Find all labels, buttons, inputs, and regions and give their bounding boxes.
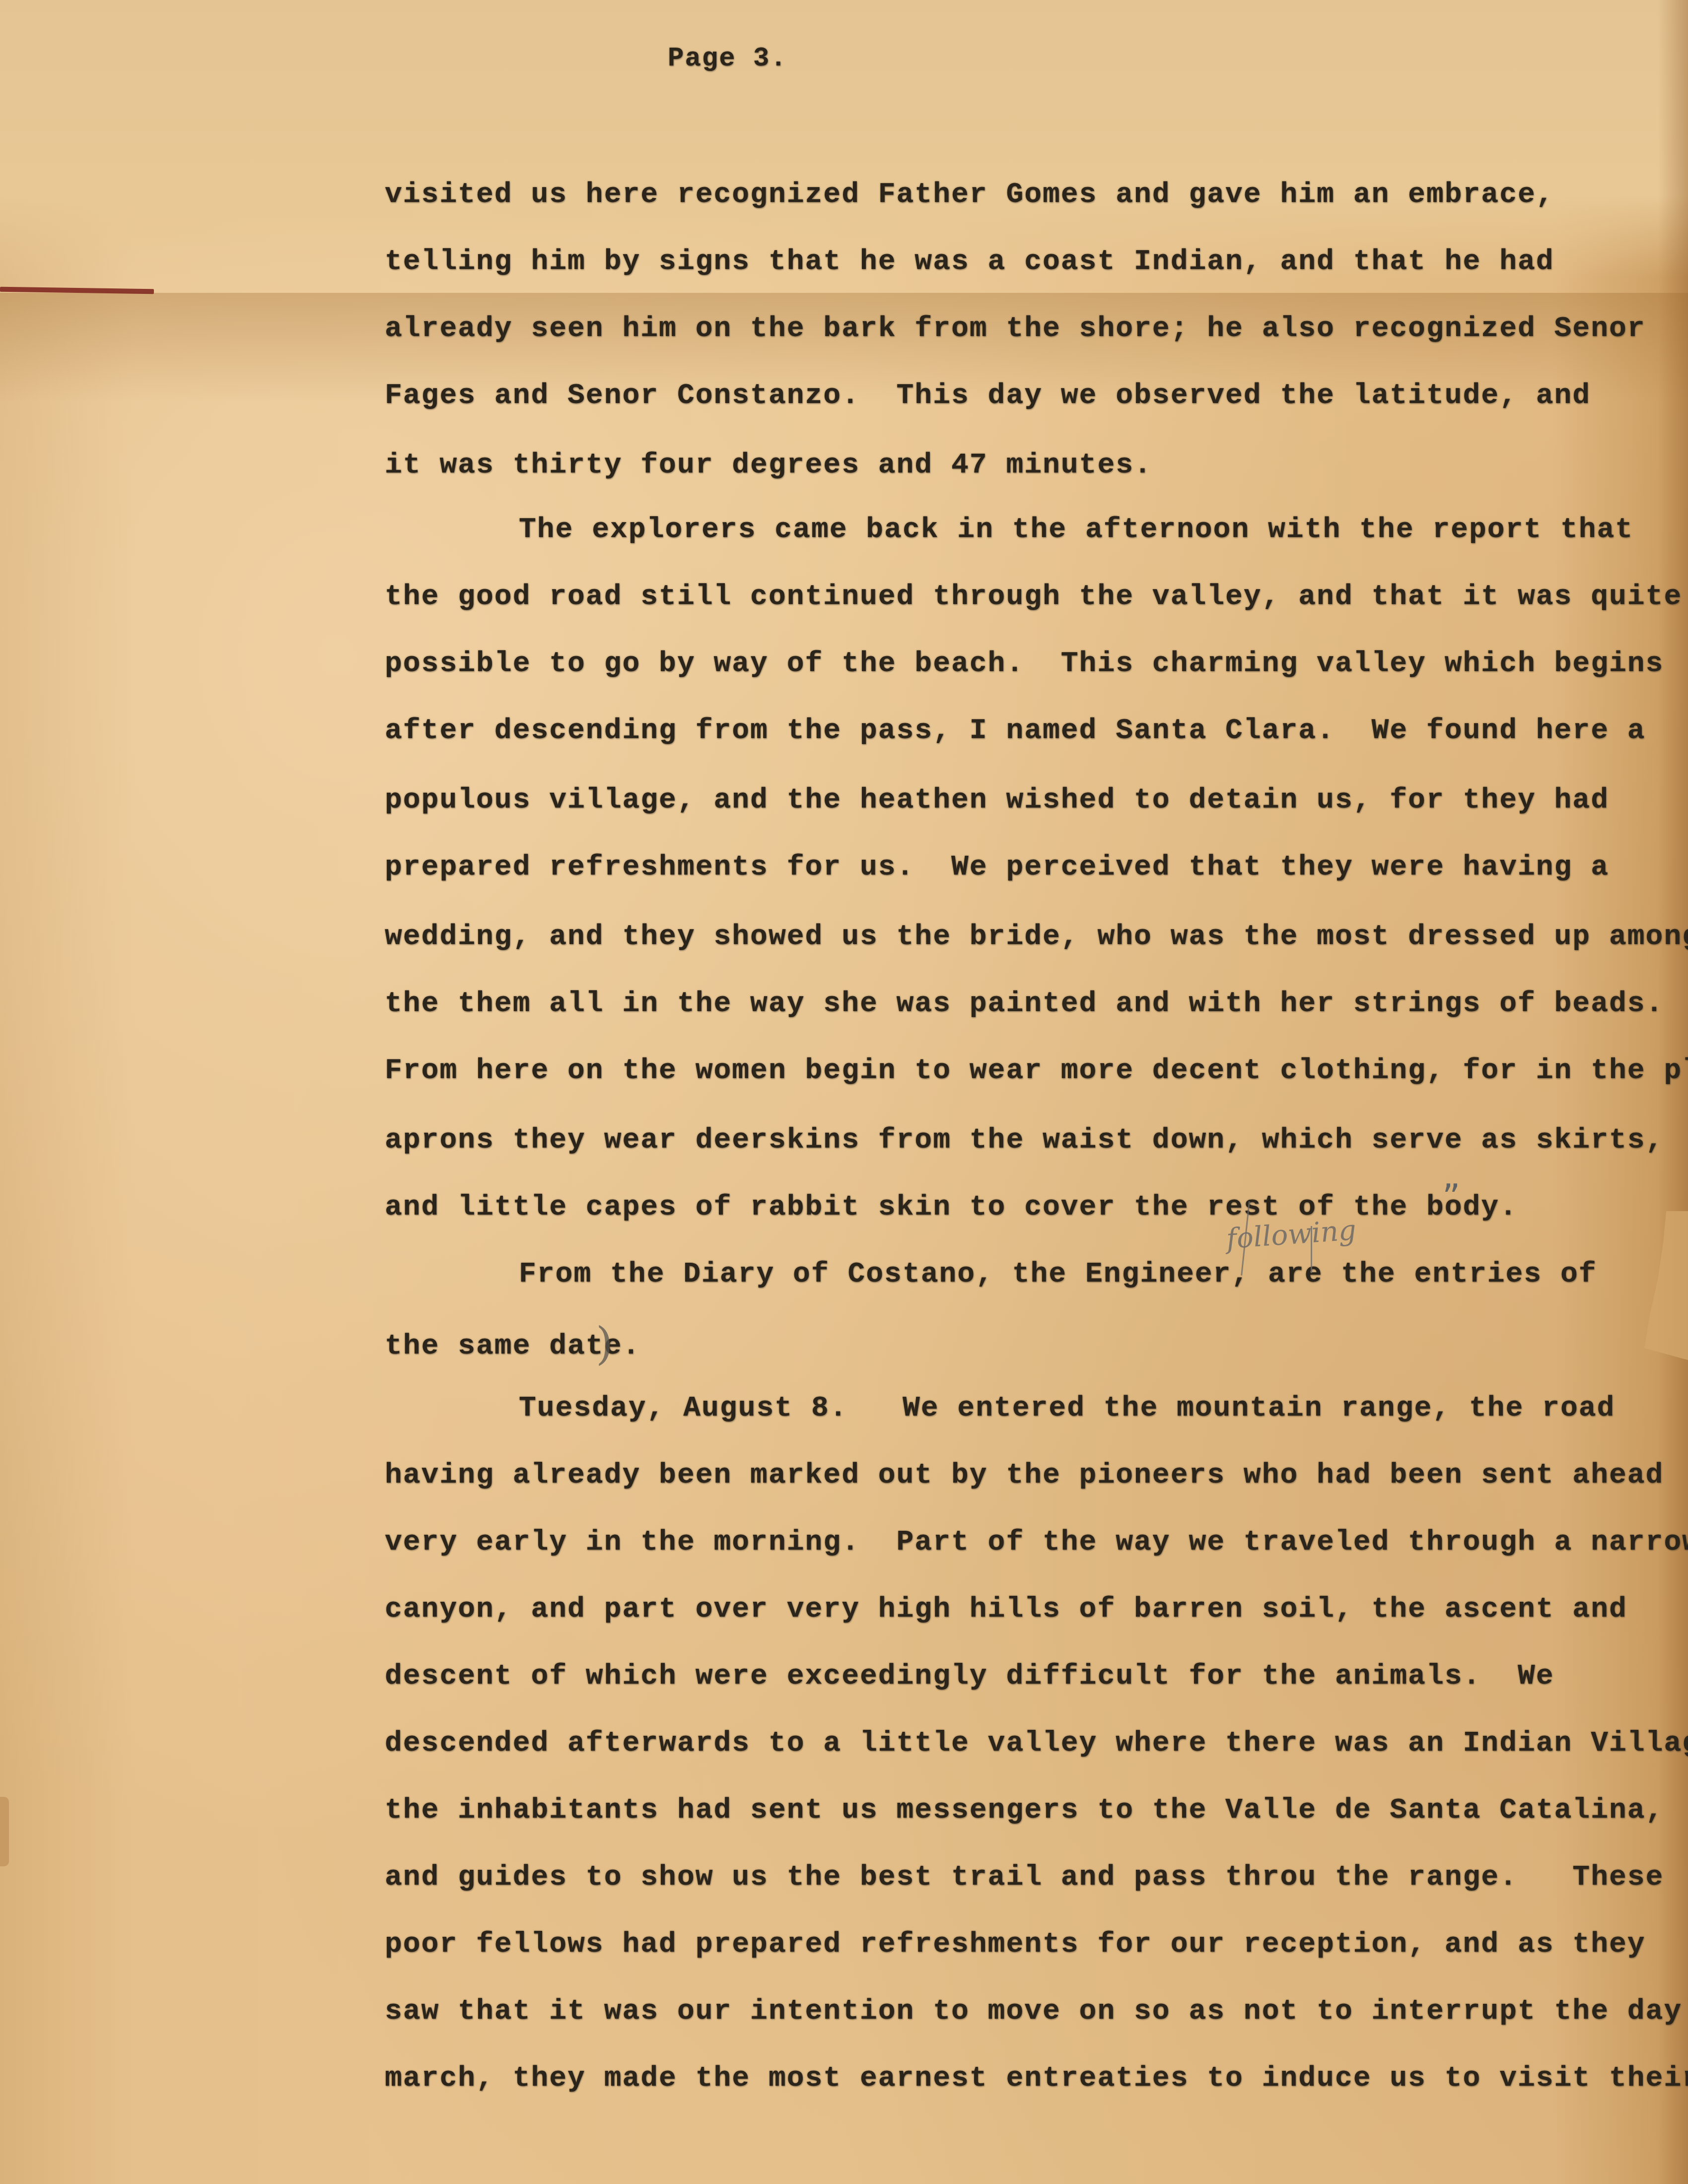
typed-line: and guides to show us the best trail and… (385, 1861, 1664, 1894)
typed-line: aprons they wear deerskins from the wais… (385, 1124, 1664, 1157)
typed-line: the inhabitants had sent us messengers t… (385, 1794, 1664, 1827)
page-number: Page 3. (668, 44, 787, 74)
typed-line: having already been marked out by the pi… (385, 1459, 1664, 1492)
typed-line: descent of which were exceedingly diffic… (385, 1660, 1554, 1693)
typed-line: saw that it was our intention to move on… (385, 1995, 1688, 2028)
typed-line: populous village, and the heathen wished… (385, 784, 1609, 817)
typed-line: the good road still continued through th… (385, 581, 1682, 613)
typed-line: march, they made the most earnest entrea… (385, 2062, 1688, 2095)
left-edge-notch (0, 1797, 9, 1866)
typed-line: From here on the women begin to wear mor… (385, 1055, 1688, 1087)
typed-line: wedding, and they showed us the bride, w… (385, 921, 1688, 953)
typed-line: after descending from the pass, I named … (385, 715, 1646, 747)
typed-line: From the Diary of Costano, the Engineer,… (519, 1258, 1597, 1291)
insertion-mark: ) (596, 1318, 613, 1370)
paper-edge (1658, 0, 1688, 2184)
typed-line: prepared refreshments for us. We perceiv… (385, 851, 1609, 884)
paper-stain (0, 0, 1688, 278)
typed-line: already seen him on the bark from the sh… (385, 313, 1646, 345)
typed-line: descended afterwards to a little valley … (385, 1727, 1688, 1760)
typed-line: poor fellows had prepared refreshments f… (385, 1928, 1646, 1961)
typed-line: Tuesday, August 8. We entered the mounta… (519, 1392, 1615, 1425)
typed-line: telling him by signs that he was a coast… (385, 246, 1554, 278)
typed-line: canyon, and part over very high hills of… (385, 1593, 1627, 1626)
typed-line: visited us here recognized Father Gomes … (385, 179, 1554, 211)
typed-line: it was thirty four degrees and 47 minute… (385, 449, 1152, 481)
closing-quote-mark: ” (1442, 1176, 1460, 1217)
typed-line: The explorers came back in the afternoon… (519, 514, 1633, 546)
document-page: Page 3. visited us here recognized Fathe… (0, 0, 1688, 2184)
typed-line: Fages and Senor Constanzo. This day we o… (385, 380, 1591, 412)
insert-caret-right (1311, 1226, 1312, 1273)
typed-line: the them all in the way she was painted … (385, 988, 1664, 1020)
typed-line: possible to go by way of the beach. This… (385, 648, 1664, 680)
typed-line: very early in the morning. Part of the w… (385, 1526, 1688, 1559)
